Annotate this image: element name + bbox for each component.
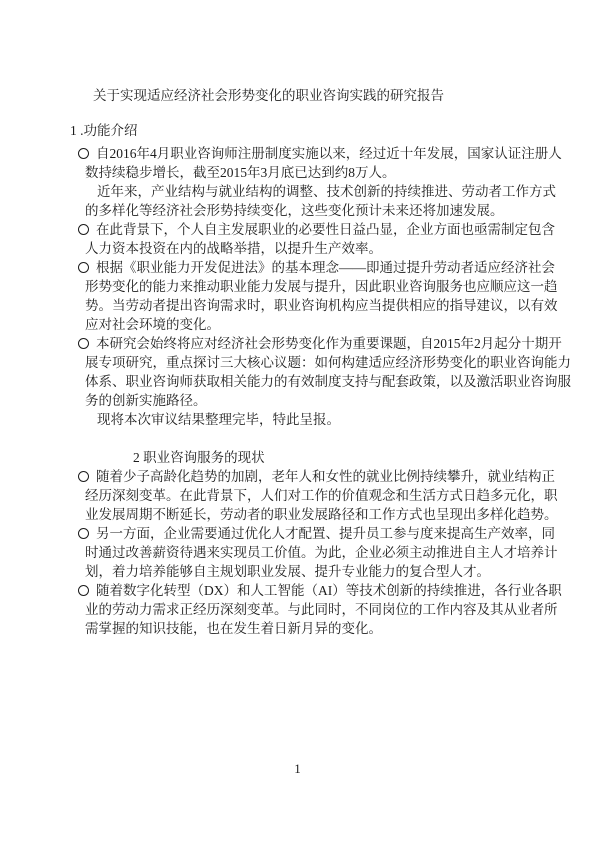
text-line: 近年来，产业结构与就业结构的调整、技术创新的持续推进、劳动者工作方式	[0, 182, 537, 201]
text-line: 本研究会始终将应对经济社会形势变化作为重要课题，自2015年2月起分十期开	[0, 334, 537, 353]
text-line: 划，着力培养能够自主规划职业发展、提升专业能力的复合型人才。	[0, 562, 537, 581]
text-line: 体系、职业咨询师获取相关能力的有效制度支持与配套政策，以及激活职业咨询服	[0, 372, 537, 391]
text-line-content: 本研究会始终将应对经济社会形势变化作为重要课题，自2015年2月起分十期开	[96, 336, 562, 351]
text-line-content: 时通过改善薪资待遇来实现员工价值。为此，企业必须主动推进自主人才培养计	[85, 545, 558, 560]
text-line-content: 在此背景下，个人自主发展职业的必要性日益凸显，企业方面也亟需制定包含	[96, 222, 555, 237]
text-line: 应对社会环境的变化。	[0, 315, 537, 334]
section-2-heading: 2 职业咨询服务的现状	[0, 448, 537, 467]
text-line: 随着少子高龄化趋势的加剧，老年人和女性的就业比例持续攀升，就业结构正	[0, 467, 537, 486]
circle-bullet-icon	[78, 262, 89, 273]
text-line: 势。当劳动者提出咨询需求时，职业咨询机构应当提供相应的指导建议，以有效	[0, 296, 537, 315]
text-line: 另一方面，企业需要通过优化人才配置、提升员工参与度来提高生产效率，同	[0, 524, 537, 543]
text-line: 业的劳动力需求正经历深刻变革。与此同时，不同岗位的工作内容及其从业者所	[0, 600, 537, 619]
text-line: 经历深刻变革。在此背景下，人们对工作的价值观念和生活方式日趋多元化，职	[0, 486, 537, 505]
text-line: 展专项研究，重点探讨三大核心议题：如何构建适应经济形势变化的职业咨询能力	[0, 353, 537, 372]
text-line-content: 应对社会环境的变化。	[85, 317, 220, 332]
circle-bullet-icon	[78, 585, 89, 596]
text-line-content: 展专项研究，重点探讨三大核心议题：如何构建适应经济形势变化的职业咨询能力	[85, 355, 571, 370]
text-line: 根据《职业能力开发促进法》的基本理念——即通过提升劳动者适应经济社会	[0, 258, 537, 277]
text-line-content: 经历深刻变革。在此背景下，人们对工作的价值观念和生活方式日趋多元化，职	[85, 488, 558, 503]
text-line-content: 随着数字化转型（DX）和人工智能（AI）等技术创新的持续推进，各行业各职	[96, 583, 562, 598]
text-line: 需掌握的知识技能，也在发生着日新月异的变化。	[0, 619, 537, 638]
document-title: 关于实现适应经济社会形势变化的职业咨询实践的研究报告	[93, 86, 444, 105]
text-line-content: 业的劳动力需求正经历深刻变革。与此同时，不同岗位的工作内容及其从业者所	[85, 602, 558, 617]
text-line	[0, 429, 537, 448]
text-line-content: 自2016年4月职业咨询师注册制度实施以来，经过近十年发展，国家认证注册人	[96, 146, 562, 161]
text-line-content: 数持续稳步增长，截至2015年3月底已达到约8万人。	[85, 165, 396, 180]
text-line-content: 需掌握的知识技能，也在发生着日新月异的变化。	[85, 621, 382, 636]
text-line: 随着数字化转型（DX）和人工智能（AI）等技术创新的持续推进，各行业各职	[0, 581, 537, 600]
text-line: 的多样化等经济社会形势持续变化，这些变化预计未来还将加速发展。	[0, 201, 537, 220]
text-line-content: 现将本次审议结果整理完毕，特此呈报。	[97, 412, 340, 427]
text-line: 自2016年4月职业咨询师注册制度实施以来，经过近十年发展，国家认证注册人	[0, 144, 537, 163]
text-line-content: 的多样化等经济社会形势持续变化，这些变化预计未来还将加速发展。	[85, 203, 504, 218]
text-line-content: 势。当劳动者提出咨询需求时，职业咨询机构应当提供相应的指导建议，以有效	[85, 298, 558, 313]
circle-bullet-icon	[78, 528, 89, 539]
text-line-content: 2 职业咨询服务的现状	[133, 450, 265, 465]
circle-bullet-icon	[78, 338, 89, 349]
section-1-heading: 1 .功能介绍	[70, 121, 138, 140]
text-line-content: 另一方面，企业需要通过优化人才配置、提升员工参与度来提高生产效率，同	[96, 526, 555, 541]
circle-bullet-icon	[78, 224, 89, 235]
text-line-content: 随着少子高龄化趋势的加剧，老年人和女性的就业比例持续攀升，就业结构正	[96, 469, 555, 484]
text-line: 业发展周期不断延长，劳动者的职业发展路径和工作方式也呈现出多样化趋势。	[0, 505, 537, 524]
document-page: 关于实现适应经济社会形势变化的职业咨询实践的研究报告 1 .功能介绍 自2016…	[0, 0, 595, 841]
text-line: 时通过改善薪资待遇来实现员工价值。为此，企业必须主动推进自主人才培养计	[0, 543, 537, 562]
document-body: 自2016年4月职业咨询师注册制度实施以来，经过近十年发展，国家认证注册人数持续…	[0, 144, 537, 638]
text-line: 现将本次审议结果整理完毕，特此呈报。	[0, 410, 537, 429]
text-line: 在此背景下，个人自主发展职业的必要性日益凸显，企业方面也亟需制定包含	[0, 220, 537, 239]
text-line: 数持续稳步增长，截至2015年3月底已达到约8万人。	[0, 163, 537, 182]
text-line: 务的创新实施路径。	[0, 391, 537, 410]
text-line: 人力资本投资在内的战略举措，以提升生产效率。	[0, 239, 537, 258]
text-line-content: 近年来，产业结构与就业结构的调整、技术创新的持续推进、劳动者工作方式	[97, 184, 556, 199]
page-number: 1	[0, 759, 595, 778]
text-line-content: 体系、职业咨询师获取相关能力的有效制度支持与配套政策，以及激活职业咨询服	[85, 374, 571, 389]
text-line-content: 根据《职业能力开发促进法》的基本理念——即通过提升劳动者适应经济社会	[96, 260, 555, 275]
text-line: 形势变化的能力来推动职业能力发展与提升，因此职业咨询服务也应顺应这一趋	[0, 277, 537, 296]
circle-bullet-icon	[78, 148, 89, 159]
text-line-content: 人力资本投资在内的战略举措，以提升生产效率。	[85, 241, 382, 256]
text-line-content: 务的创新实施路径。	[85, 393, 207, 408]
text-line-content: 业发展周期不断延长，劳动者的职业发展路径和工作方式也呈现出多样化趋势。	[85, 507, 558, 522]
text-line-content: 形势变化的能力来推动职业能力发展与提升，因此职业咨询服务也应顺应这一趋	[85, 279, 558, 294]
circle-bullet-icon	[78, 471, 89, 482]
text-line-content: 划，着力培养能够自主规划职业发展、提升专业能力的复合型人才。	[85, 564, 490, 579]
